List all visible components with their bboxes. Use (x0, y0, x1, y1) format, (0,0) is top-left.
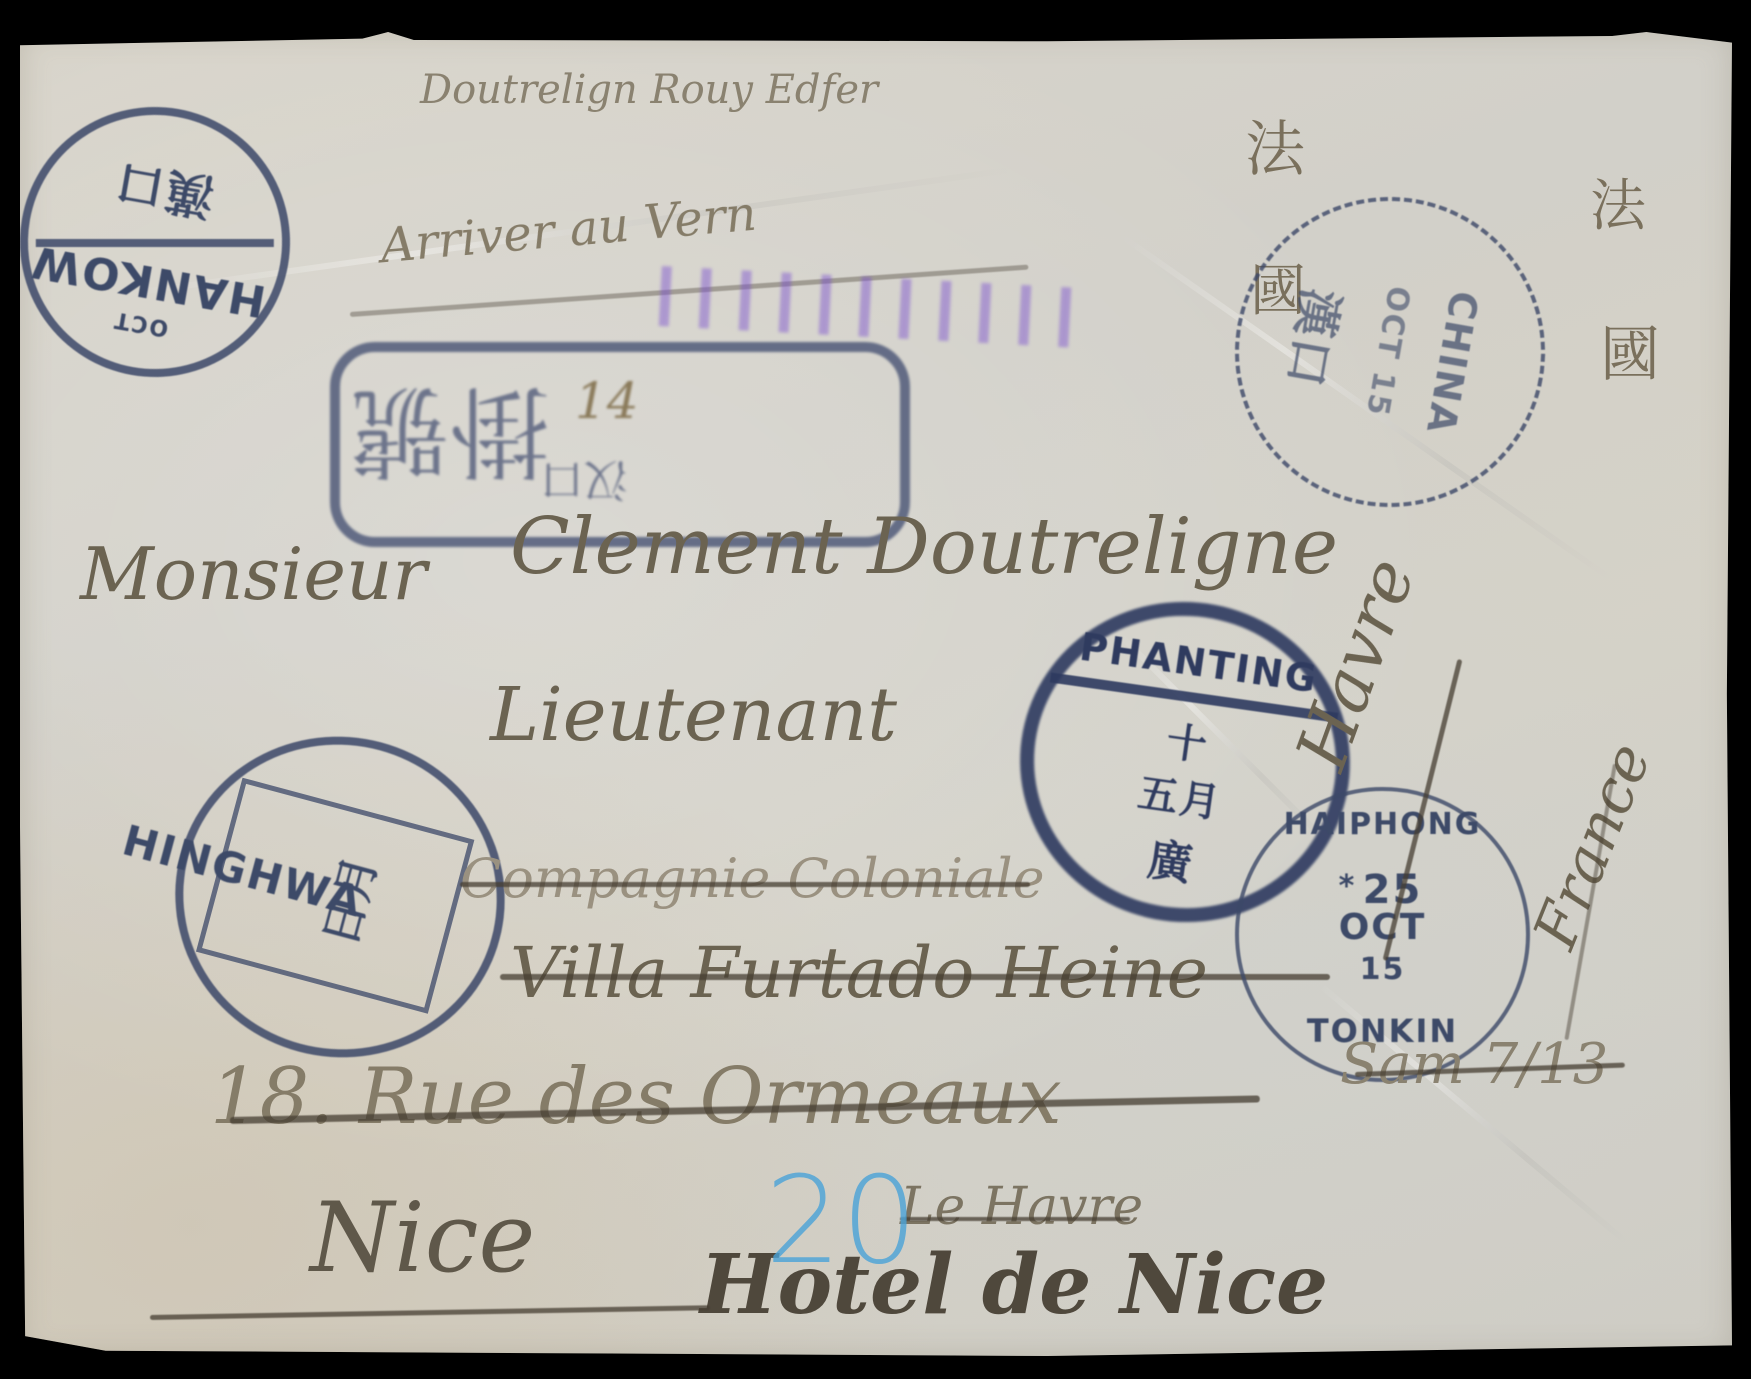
city-name: Nice (310, 1182, 535, 1294)
blue-pencil-number: 20 (765, 1152, 918, 1291)
postmark-month: OCT (1235, 907, 1530, 948)
cachet-chinese: 掛號 (350, 367, 550, 511)
violet-ink-marks (659, 266, 1082, 348)
chinese-note-left: 法 (1245, 102, 1305, 188)
struck-address-line-3: 18. Rue des Ormeaux (210, 1052, 1062, 1142)
struck-address-line-2: Villa Furtado Heine (510, 932, 1208, 1014)
addressee-name: Clement Doutreligne (510, 502, 1338, 592)
strike-line (900, 1217, 1130, 1221)
postmark-city: HAIPHONG (1235, 807, 1530, 842)
cachet-number: 14 (575, 372, 639, 430)
forwarding-note: Arriver au Vern (378, 186, 758, 275)
top-handwritten-note: Doutrelign Rouy Edfer (420, 67, 878, 113)
vertical-france: France (1520, 734, 1665, 958)
struck-address-line-1: Compagnie Coloniale (460, 847, 1045, 910)
addressee-rank: Lieutenant (490, 672, 897, 758)
strike-line (500, 974, 1330, 980)
underline (150, 1305, 710, 1320)
china-postmark: CHINA OCT 15 漢口 (1210, 172, 1569, 531)
addressee-title: Monsieur (80, 532, 427, 616)
chinese-note-right: 法 (1590, 162, 1646, 242)
strike-line (460, 882, 1030, 887)
envelope: Doutrelign Rouy Edfer HANKOW OCT 漢口 Arri… (20, 32, 1732, 1356)
photo-stage: Doutrelign Rouy Edfer HANKOW OCT 漢口 Arri… (0, 0, 1751, 1379)
chinese-note-right-2: 國 (1600, 307, 1660, 393)
hankow-postmark: HANKOW OCT 漢口 (0, 86, 311, 399)
struck-city: Le Havre (900, 1177, 1143, 1237)
